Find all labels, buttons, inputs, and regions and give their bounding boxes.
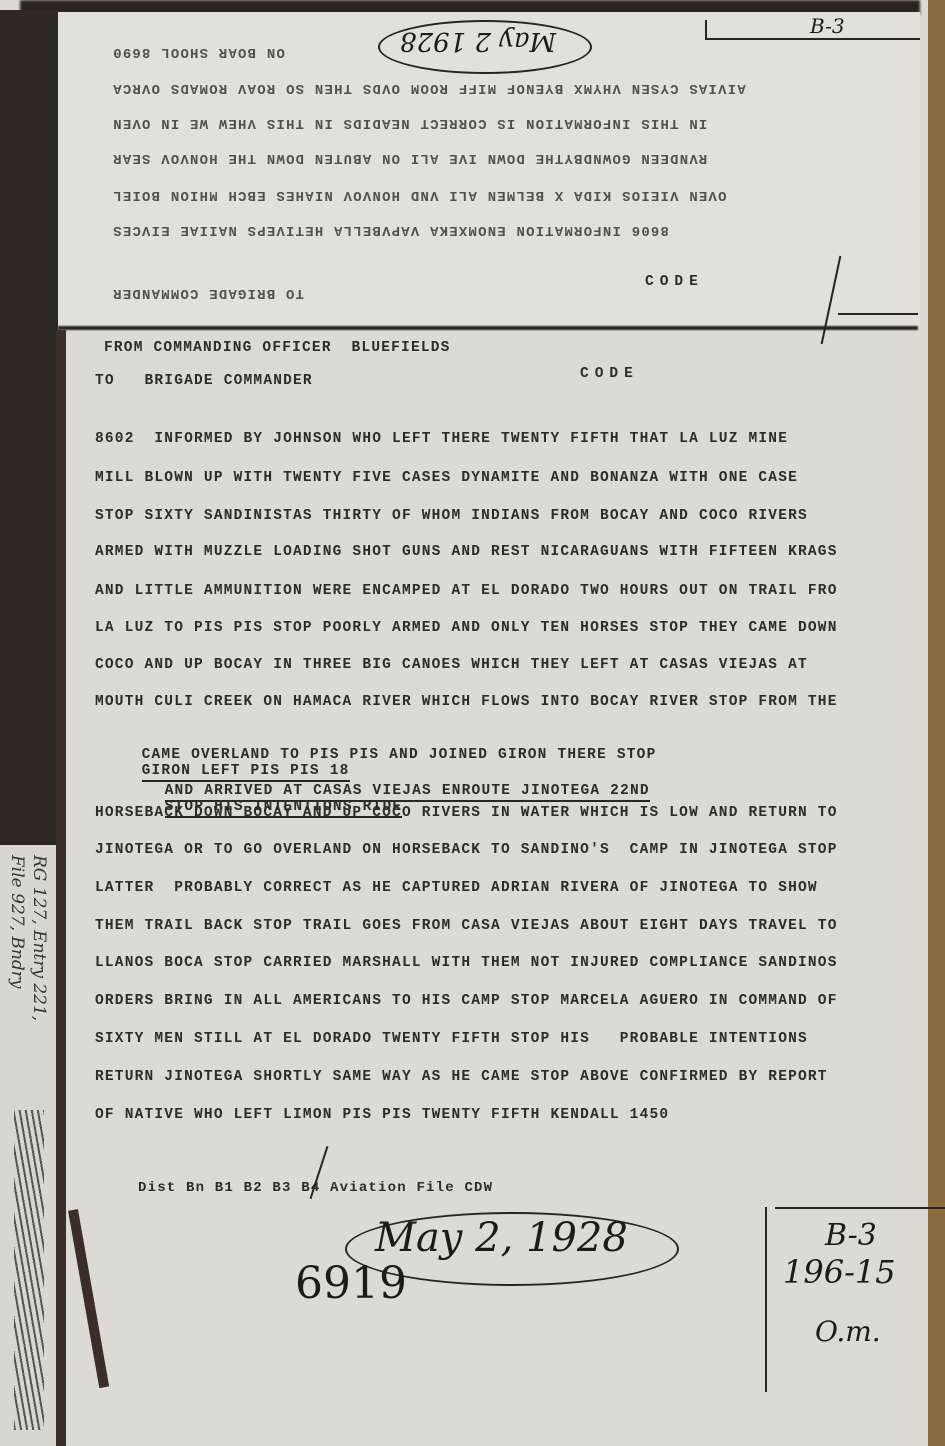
left-border-strip (56, 330, 66, 1446)
body-line: OF NATIVE WHO LEFT LIMON PIS PIS TWENTY … (95, 1107, 669, 1123)
corner-mark: B-3 (810, 14, 845, 38)
top-code-label: CODE (645, 274, 704, 290)
handwritten-initials: O.m. (815, 1315, 881, 1348)
code-label: CODE (580, 366, 639, 382)
reversed-line: AIVIAS CYSEN VHYMX BYENOF MIFF ROOM OVDS… (112, 80, 746, 96)
reversed-line: TO BRIGADE COMMANDER (112, 285, 304, 301)
handwritten-number: 6919 (295, 1258, 407, 1309)
left-dark-border (0, 10, 60, 845)
corner-box-line (705, 38, 920, 40)
margin-note-line: RG 127, Entry 221, (28, 855, 50, 1021)
body-line: JINOTEGA OR TO GO OVERLAND ON HORSEBACK … (95, 842, 838, 858)
handwritten-stamp-reversed: May 2 1928 (400, 26, 556, 56)
from-line: FROM COMMANDING OFFICER BLUEFIELDS (104, 340, 451, 356)
reversed-line: ON BOAR SHOOL 8690 (112, 44, 285, 60)
body-line: HORSEBACK DOWN BOCAY AND UP COCO RIVERS … (95, 805, 838, 821)
handwritten-date: May 2, 1928 (375, 1215, 628, 1261)
body-line: LATTER PROBABLY CORRECT AS HE CAPTURED A… (95, 880, 818, 896)
body-line: MOUTH CULI CREEK ON HAMACA RIVER WHICH F… (95, 694, 838, 710)
file-box-line (775, 1207, 945, 1209)
body-line: RETURN JINOTEGA SHORTLY SAME WAY AS HE C… (95, 1069, 828, 1085)
body-line: LLANOS BOCA STOP CARRIED MARSHALL WITH T… (95, 955, 838, 971)
body-line: AND ARRIVED AT CASAS VIEJAS ENROUTE JINO… (125, 767, 650, 831)
body-line: LA LUZ TO PIS PIS STOP POORLY ARMED AND … (95, 620, 838, 636)
body-line: SIXTY MEN STILL AT EL DORADO TWENTY FIFT… (95, 1031, 808, 1047)
body-line: 8602 INFORMED BY JOHNSON WHO LEFT THERE … (95, 431, 788, 447)
margin-note: RG 127, Entry 221, File 927, Bndry (6, 855, 50, 1021)
body-line: COCO AND UP BOCAY IN THREE BIG CANOES WH… (95, 657, 808, 673)
body-text: CAME OVERLAND TO PIS PIS AND JOINED GIRO… (142, 747, 657, 763)
reversed-line: 8606 INFORMATION ENOMXEKA VAPVBELLA HETI… (112, 222, 669, 238)
pen-stroke (68, 1209, 109, 1388)
body-line: AND LITTLE AMMUNITION WERE ENCAMPED AT E… (95, 583, 838, 599)
file-box-number: 196-15 (783, 1253, 896, 1291)
margin-note-line: File 927, Bndry (6, 855, 28, 1021)
body-line: ARMED WITH MUZZLE LOADING SHOT GUNS AND … (95, 544, 838, 560)
reversed-line: RVNDEEN GOWNDBYTHE DOWN IVE ALI ON ABUTE… (112, 150, 707, 166)
corner-box-line (705, 20, 707, 40)
file-box-line (765, 1207, 767, 1392)
body-line: STOP SIXTY SANDINISTAS THIRTY OF WHOM IN… (95, 508, 808, 524)
body-line: THEM TRAIL BACK STOP TRAIL GOES FROM CAS… (95, 918, 838, 934)
panel-divider (58, 326, 918, 330)
body-line: ORDERS BRING IN ALL AMERICANS TO HIS CAM… (95, 993, 838, 1009)
pen-stroke (838, 313, 918, 315)
reversed-line: OVEN VIEIOS KIDA X BELMEN ALI VND HONVOV… (112, 187, 727, 203)
file-box-code: B-3 (825, 1218, 877, 1253)
reversed-line: IN THIS INFORMATION IS CORRECT NEADIDS I… (112, 115, 707, 131)
crossed-out-scribble (14, 1110, 44, 1430)
document-sheet: ON BOAR SHOOL 8690 May 2 1928 B-3 AIVIAS… (0, 0, 928, 1446)
to-line: TO BRIGADE COMMANDER (95, 373, 313, 389)
body-line: MILL BLOWN UP WITH TWENTY FIVE CASES DYN… (95, 470, 798, 486)
